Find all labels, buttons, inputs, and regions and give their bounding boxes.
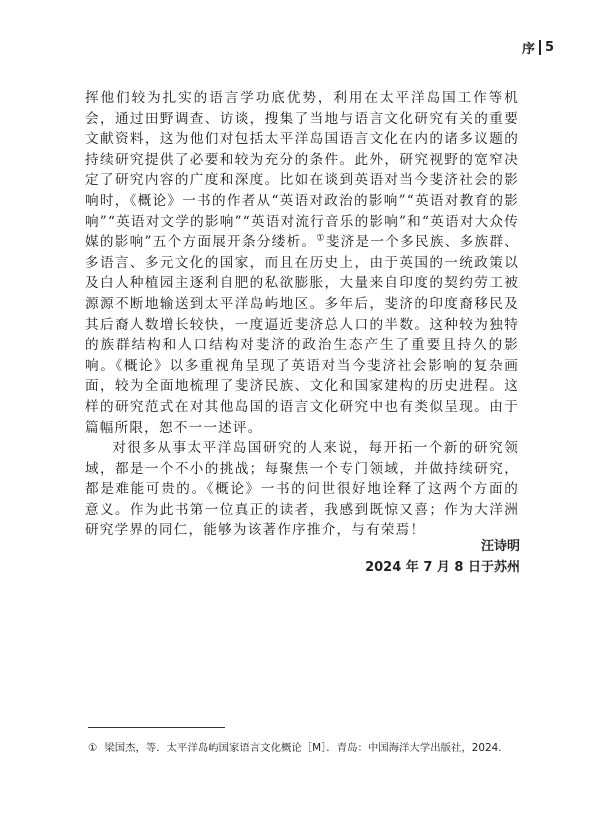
preface-body: 挥他们较为扎实的语言学功底优势，利用在太平洋岛国工作等机会，通过田野调查、访谈，… (85, 88, 519, 541)
footnote-mark: ① (88, 742, 97, 754)
page-number: 5 (545, 40, 554, 55)
paragraph-1-text: 挥他们较为扎实的语言学功底优势，利用在太平洋岛国工作等机会，通过田野调查、访谈，… (85, 90, 519, 250)
signature-date-place: 2024 年 7 月 8 日于苏州 (365, 557, 520, 578)
footnote-text: 梁国杰，等．太平洋岛屿国家语言文化概论［M］．青岛：中国海洋大学出版社，2024… (104, 742, 501, 754)
running-header: 序 5 (522, 38, 554, 57)
paragraph-1: 挥他们较为扎实的语言学功底优势，利用在太平洋岛国工作等机会，通过田野调查、访谈，… (85, 88, 519, 438)
header-section-title: 序 (522, 38, 535, 57)
paragraph-1-continuation: 斐济是一个多民族、多族群、多语言、多元文化的国家，而且在历史上，由于英国的一统政… (85, 234, 519, 435)
header-divider (539, 40, 541, 55)
footnote-divider (88, 727, 225, 728)
paragraph-2: 对很多从事太平洋岛国研究的人来说，每开拓一个新的研究领域，都是一个不小的挑战；每… (85, 438, 519, 541)
footnote-reference[interactable]: ① (316, 234, 325, 244)
signature-block: 汪诗明 2024 年 7 月 8 日于苏州 (365, 536, 520, 578)
footnote: ①梁国杰，等．太平洋岛屿国家语言文化概论［M］．青岛：中国海洋大学出版社，202… (88, 741, 502, 755)
signature-author: 汪诗明 (365, 536, 520, 557)
